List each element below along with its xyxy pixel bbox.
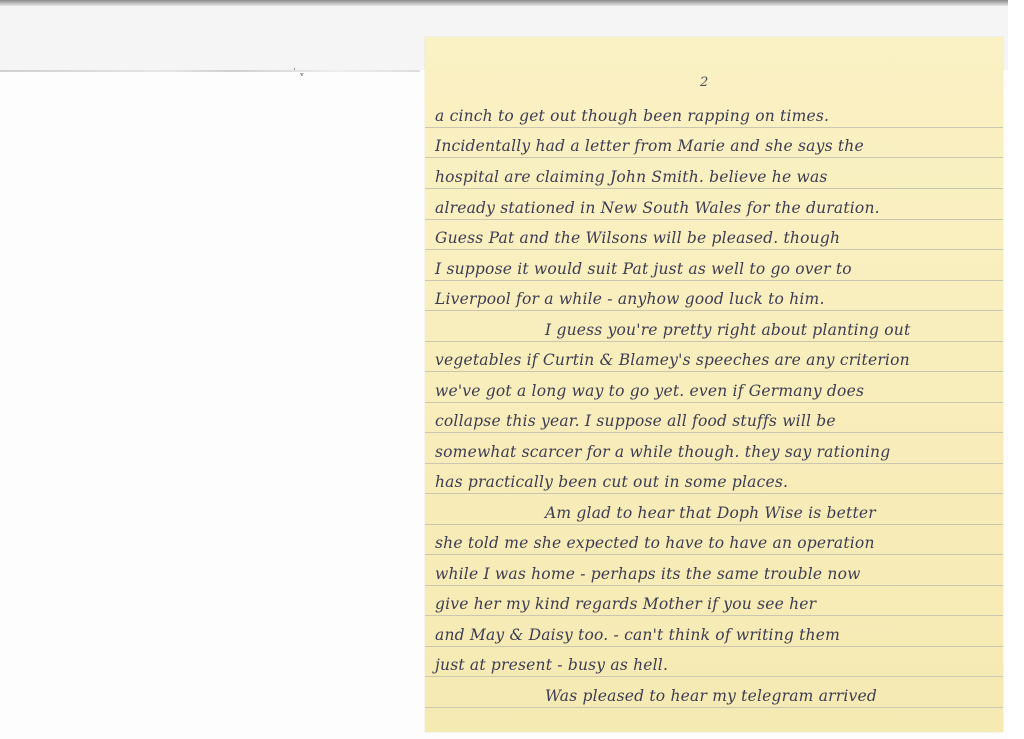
- letter-line: collapse this year. I suppose all food s…: [435, 412, 995, 430]
- ruled-line: [425, 524, 1003, 525]
- letter-line: Incidentally had a letter from Marie and…: [435, 137, 995, 155]
- letter-line: while I was home - perhaps its the same …: [435, 565, 995, 583]
- ruled-line: [425, 432, 1003, 433]
- letter-line: a cinch to get out though been rapping o…: [435, 107, 995, 125]
- ruled-line: [425, 707, 1003, 708]
- ruled-line: [425, 402, 1003, 403]
- letter-line: somewhat scarcer for a while though. the…: [435, 443, 995, 461]
- letter-line: give her my kind regards Mother if you s…: [435, 595, 995, 613]
- ruled-line: [425, 615, 1003, 616]
- ruled-line: [425, 188, 1003, 189]
- ruled-line: [425, 157, 1003, 158]
- ruled-line: [425, 463, 1003, 464]
- ruled-line: [425, 249, 1003, 250]
- letter-line: Guess Pat and the Wilsons will be please…: [435, 229, 995, 247]
- letter-line: hospital are claiming John Smith. believ…: [435, 168, 995, 186]
- letter-line: Am glad to hear that Doph Wise is better: [435, 504, 1024, 522]
- scanner-margin: [1008, 0, 1024, 739]
- letter-line: I suppose it would suit Pat just as well…: [435, 260, 995, 278]
- letter-line: already stationed in New South Wales for…: [435, 199, 995, 217]
- ruled-line: [425, 371, 1003, 372]
- letter-line: vegetables if Curtin & Blamey's speeches…: [435, 351, 995, 369]
- letter-line: we've got a long way to go yet. even if …: [435, 382, 995, 400]
- fold-crease: [0, 70, 420, 72]
- ruled-line: [425, 341, 1003, 342]
- ruled-line: [425, 646, 1003, 647]
- ruled-line: [425, 676, 1003, 677]
- letter-line: she told me she expected to have to have…: [435, 534, 995, 552]
- ruled-line: [425, 554, 1003, 555]
- letter-line: Liverpool for a while - anyhow good luck…: [435, 290, 995, 308]
- letter-line: just at present - busy as hell.: [435, 656, 995, 674]
- letter-line: I guess you're pretty right about planti…: [435, 321, 1024, 339]
- letter-line: and May & Daisy too. - can't think of wr…: [435, 626, 995, 644]
- ruled-line: [425, 127, 1003, 128]
- ruled-line: [425, 585, 1003, 586]
- letter-page: 2 a cinch to get out though been rapping…: [425, 37, 1003, 732]
- ruled-line: [425, 310, 1003, 311]
- ruled-line: [425, 280, 1003, 281]
- stray-mark: ˙ ᵥ: [292, 68, 304, 79]
- letter-line: has practically been cut out in some pla…: [435, 473, 995, 491]
- ruled-line: [425, 493, 1003, 494]
- letter-line: Was pleased to hear my telegram arrived: [435, 687, 1024, 705]
- ruled-line: [425, 219, 1003, 220]
- page-number: 2: [700, 75, 708, 90]
